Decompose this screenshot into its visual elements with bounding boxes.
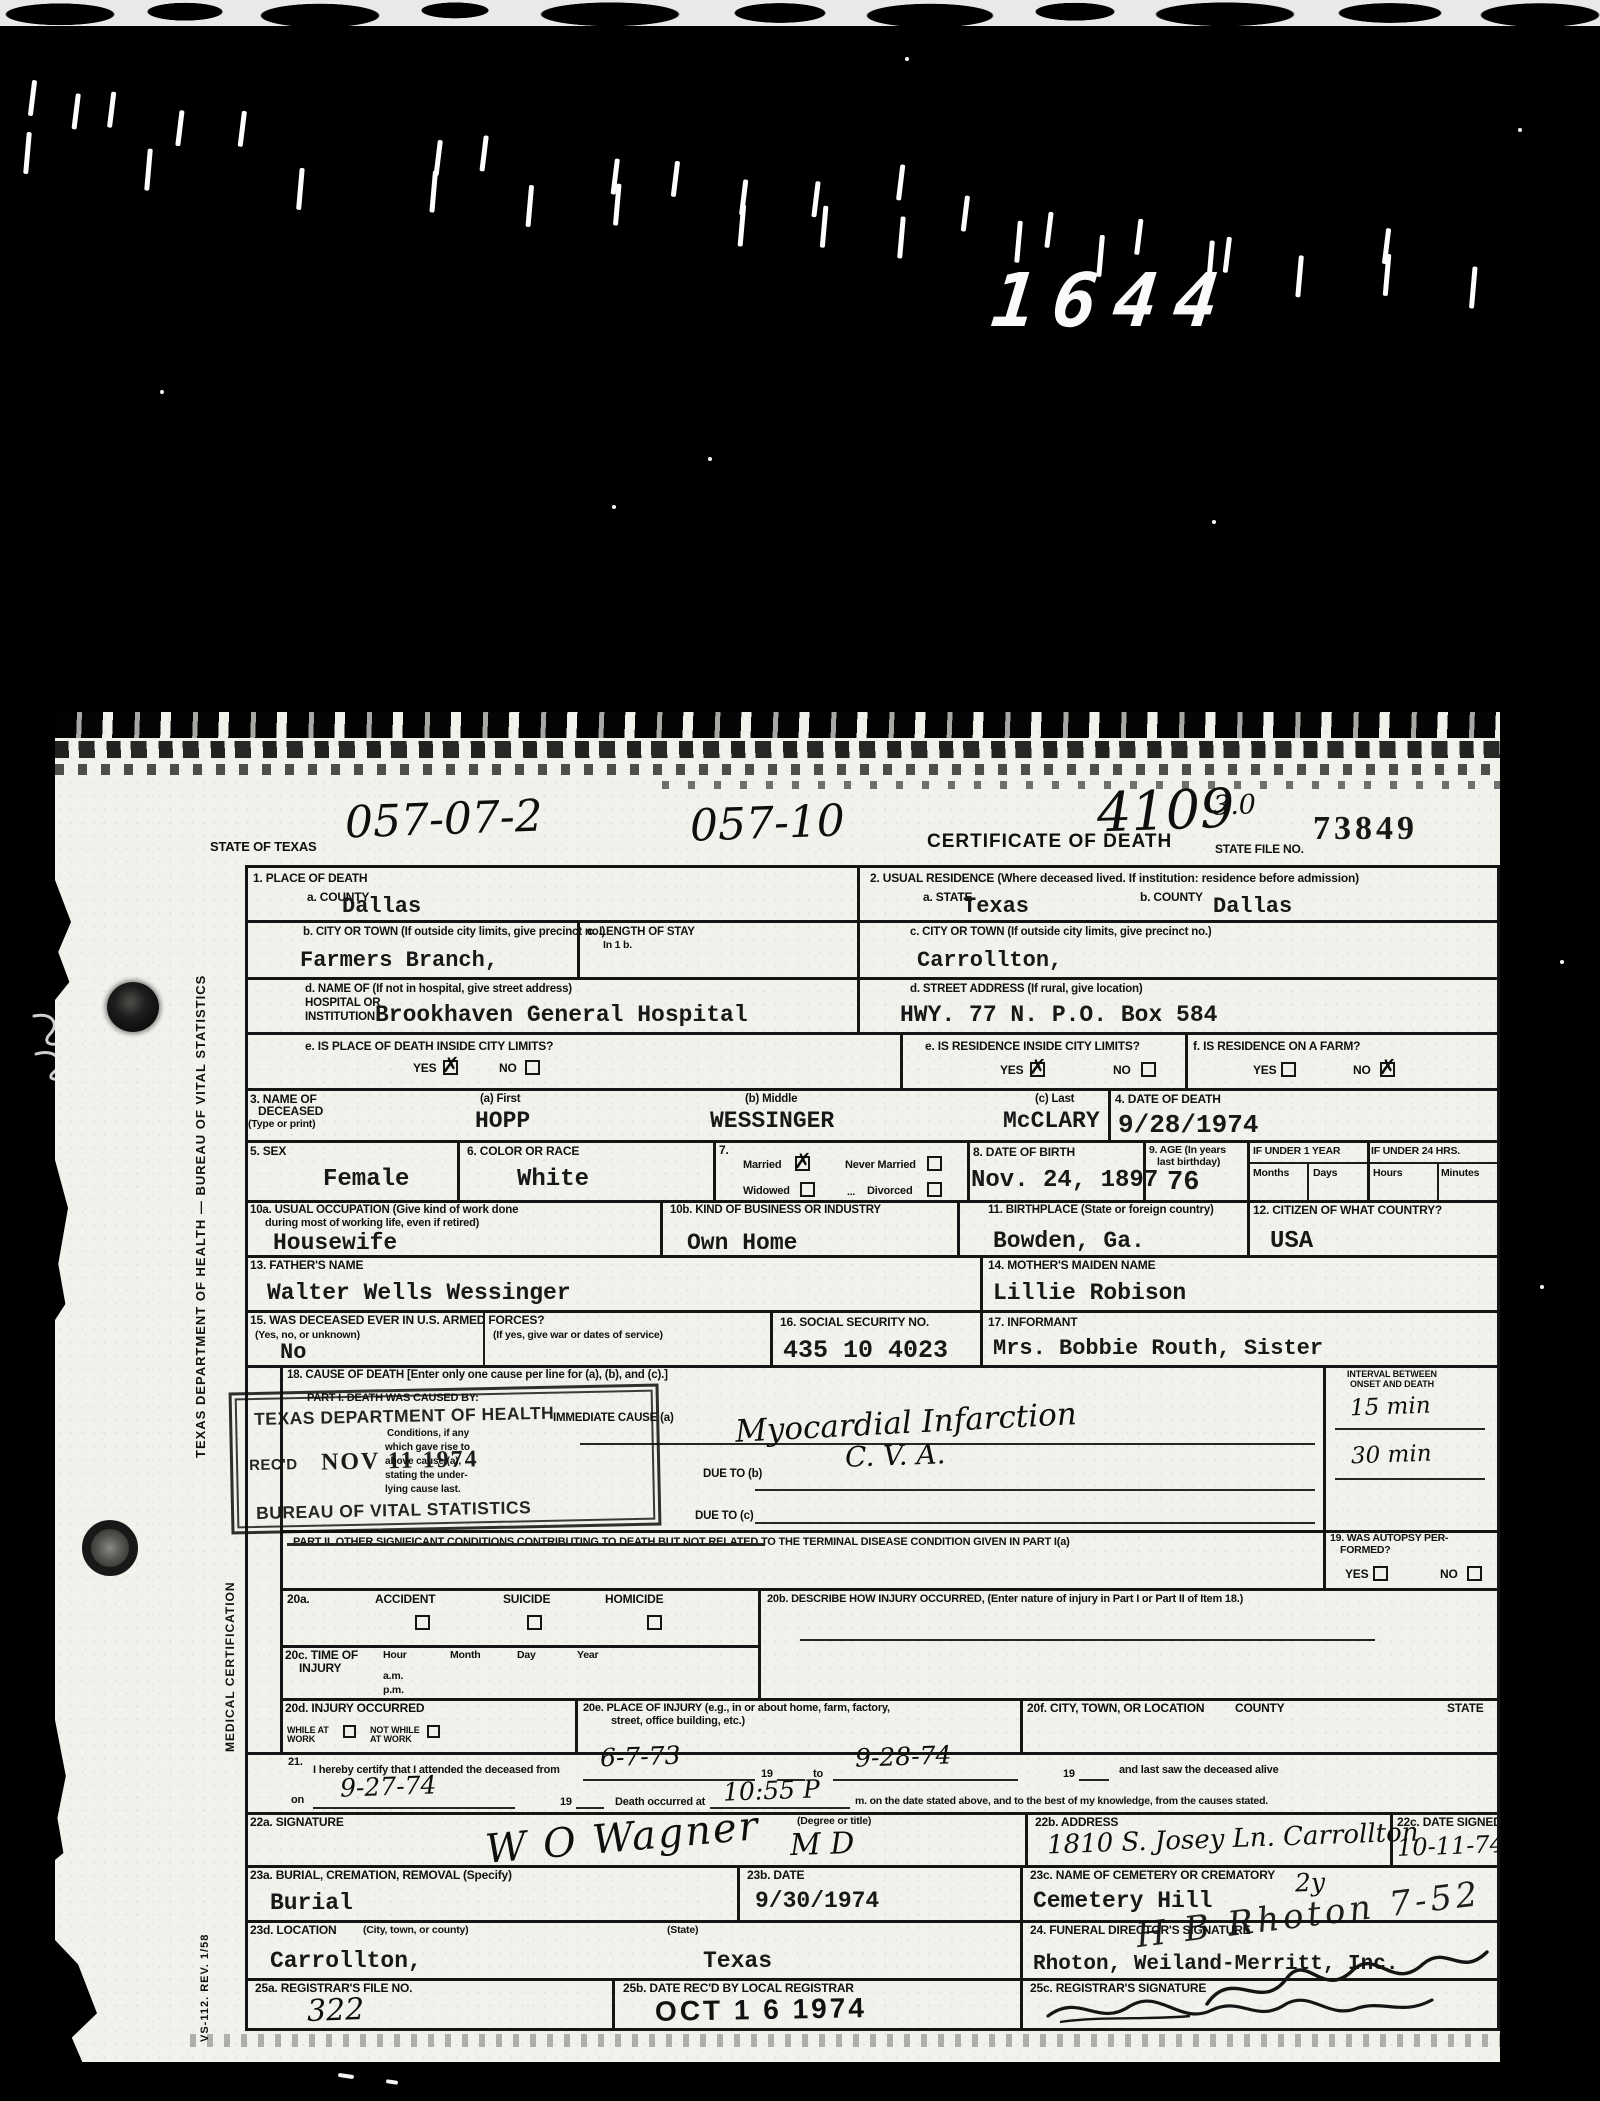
res-state-value: Texas — [963, 896, 1029, 918]
rule — [1247, 1140, 1250, 1200]
microfilm-scan: 1644 TEXAS DEPARTMENT OF HEALTH — BUREAU… — [0, 0, 1600, 2101]
burial-type-label: 23a. BURIAL, CREMATION, REMOVAL (Specify… — [250, 1869, 512, 1883]
under24-label: IF UNDER 24 HRS. — [1371, 1146, 1460, 1158]
dob-label: 8. DATE OF BIRTH — [973, 1146, 1075, 1160]
not-while-label2: AT WORK — [370, 1735, 412, 1745]
pod-stay-label: c. LENGTH OF STAY — [587, 926, 695, 939]
last-alive-handwriting: 9-27-74 — [340, 1772, 437, 1800]
accident-checkbox — [415, 1615, 430, 1630]
name-first-label: (a) First — [480, 1093, 520, 1106]
write-line — [1335, 1478, 1485, 1480]
birthplace-label: 11. BIRTHPLACE (State or foreign country… — [988, 1204, 1214, 1217]
rule — [1020, 1865, 1023, 1920]
rule — [957, 1200, 960, 1255]
x-mark: ✗ — [1029, 1055, 1047, 1079]
rule — [280, 1588, 1500, 1591]
informant-value: Mrs. Bobbie Routh, Sister — [993, 1338, 1323, 1360]
pod-stay-sub: In 1 b. — [603, 940, 632, 952]
pod-limits-yes-label: YES — [413, 1062, 436, 1076]
res-farm-label: f. IS RESIDENCE ON A FARM? — [1193, 1040, 1360, 1054]
dod-value: 9/28/1974 — [1118, 1112, 1258, 1138]
write-line — [755, 1489, 1315, 1491]
citizen-label: 12. CITIZEN OF WHAT COUNTRY? — [1253, 1204, 1442, 1218]
cert-num: 21. — [288, 1756, 303, 1768]
widowed-label: Widowed — [743, 1185, 790, 1197]
write-line — [576, 1807, 604, 1809]
while-at-work-checkbox — [343, 1725, 356, 1738]
ssn-value: 435 10 4023 — [783, 1338, 948, 1363]
month-label: Month — [450, 1650, 481, 1662]
cert-line2c: m. on the date stated above, and to the … — [855, 1796, 1268, 1808]
autopsy-no-checkbox — [1467, 1566, 1482, 1581]
widowed-checkbox — [800, 1182, 815, 1197]
pod-county-value: Dallas — [342, 896, 421, 918]
name-last-value: McCLARY — [1003, 1110, 1100, 1133]
attended-to-handwriting: 9-28-74 — [855, 1742, 952, 1770]
film-speck — [386, 2079, 398, 2085]
write-line — [580, 1443, 1315, 1445]
x-mark: ✗ — [794, 1149, 812, 1173]
res-limits-no-label: NO — [1113, 1064, 1131, 1078]
autopsy-label1: 19. WAS AUTOPSY PER- — [1330, 1533, 1448, 1545]
divorced-checkbox — [927, 1182, 942, 1197]
res-street-value: HWY. 77 N. P.O. Box 584 — [900, 1004, 1217, 1027]
armed-forces-label: 15. WAS DECEASED EVER IN U.S. ARMED FORC… — [250, 1314, 544, 1328]
rule — [457, 1140, 460, 1200]
film-speck — [160, 390, 164, 394]
armed-forces-sub1: (Yes, no, or unknown) — [255, 1330, 360, 1342]
dod-label: 4. DATE OF DEATH — [1115, 1093, 1221, 1107]
married-checkbox: ✗ — [795, 1156, 810, 1171]
rule — [770, 1310, 773, 1365]
am-label: a.m. — [383, 1671, 403, 1683]
day-label: Day — [517, 1650, 536, 1662]
time-of-injury-label2: INJURY — [299, 1662, 341, 1676]
film-speck — [1518, 128, 1522, 132]
months-label: Months — [1253, 1168, 1289, 1180]
res-title: 2. USUAL RESIDENCE (Where deceased lived… — [870, 872, 1359, 886]
state-of-texas-label: STATE OF TEXAS — [210, 840, 317, 855]
date-signed-label: 22c. DATE SIGNED — [1397, 1816, 1502, 1830]
handwritten-code-left: 057-07-2 — [344, 795, 543, 846]
year-label: Year — [577, 1650, 598, 1662]
occupation-label1: 10a. USUAL OCCUPATION (Give kind of work… — [250, 1204, 518, 1217]
injury-county-label: COUNTY — [1235, 1702, 1284, 1716]
hour-label: Hour — [383, 1650, 407, 1662]
side-department-label: TEXAS DEPARTMENT OF HEALTH — BUREAU OF V… — [193, 868, 208, 1458]
citizen-value: USA — [1270, 1230, 1313, 1254]
father-value: Walter Wells Wessinger — [267, 1282, 571, 1305]
marital-dots: ... — [847, 1187, 855, 1199]
handwritten-file-code-sup: 3.0 — [1213, 791, 1257, 819]
pod-limits-label: e. IS PLACE OF DEATH INSIDE CITY LIMITS? — [305, 1040, 553, 1054]
rule — [245, 1032, 1500, 1035]
rule — [1025, 1812, 1028, 1865]
autopsy-no-label: NO — [1440, 1568, 1458, 1582]
registrar-date-stamp: OCT 1 6 1974 — [655, 1992, 867, 2028]
res-limits-yes-checkbox: ✗ — [1030, 1062, 1045, 1077]
race-label: 6. COLOR OR RACE — [467, 1145, 579, 1159]
rule — [980, 1255, 983, 1310]
date-signed-handwriting: 10-11-74 — [1397, 1832, 1506, 1860]
place-of-injury-label2: street, office building, etc.) — [611, 1715, 745, 1727]
burial-date-value: 9/30/1974 — [755, 1890, 879, 1913]
scan-noise-band — [190, 2034, 1500, 2047]
film-speck — [1212, 520, 1216, 524]
occupation-value: Housewife — [273, 1232, 397, 1255]
burial-location-label: 23d. LOCATION — [250, 1924, 337, 1938]
res-street-label: d. STREET ADDRESS (If rural, give locati… — [910, 983, 1143, 996]
res-county-value: Dallas — [1213, 896, 1292, 918]
edge-wedge — [55, 1940, 97, 2062]
rule — [245, 1365, 1500, 1368]
film-frame-number: 1644 — [987, 258, 1238, 344]
autopsy-label2: FORMED? — [1340, 1545, 1391, 1557]
place-of-injury-label1: 20e. PLACE OF INJURY (e.g., in or about … — [583, 1702, 890, 1714]
mother-value: Lillie Robison — [993, 1282, 1186, 1305]
pod-title: 1. PLACE OF DEATH — [253, 872, 367, 886]
handwritten-code-right: 057-10 — [689, 799, 845, 848]
rule — [900, 1032, 903, 1088]
rule — [660, 1200, 663, 1255]
burial-state-value: Texas — [703, 1950, 772, 1973]
x-mark: ✗ — [442, 1053, 460, 1077]
age-label2: last birthday) — [1157, 1157, 1220, 1169]
pod-city-value: Farmers Branch, — [300, 950, 498, 972]
accident-label: ACCIDENT — [375, 1593, 435, 1607]
side-form-number: VS-112. REV. 1/58 — [199, 1852, 211, 2042]
pod-limits-yes-checkbox: ✗ — [443, 1060, 458, 1075]
registrar-file-handwriting: 322 — [306, 1995, 364, 2027]
pod-hospital-label2: HOSPITAL OR — [305, 997, 380, 1010]
armed-forces-sub2: (If yes, give war or dates of service) — [493, 1330, 663, 1342]
rule — [245, 1088, 1500, 1091]
write-line — [800, 1639, 1375, 1641]
edge-wedge — [55, 1720, 67, 1860]
rule — [245, 1255, 1500, 1258]
autopsy-yes-checkbox — [1373, 1566, 1388, 1581]
stamp-date: NOV 11 1974 — [321, 1446, 479, 1476]
rule — [857, 865, 860, 1032]
film-scratch-row — [28, 80, 37, 116]
pod-limits-no-label: NO — [499, 1062, 517, 1076]
cert-19-label: 19 — [560, 1796, 572, 1808]
scan-tear-band — [662, 781, 1500, 789]
rule — [575, 1698, 578, 1752]
burial-location-sub2: (State) — [667, 1925, 698, 1937]
suicide-label: SUICIDE — [503, 1593, 550, 1607]
rule — [245, 977, 1500, 980]
death-time-handwriting: 10:55 P — [723, 1776, 821, 1804]
cause-b-handwriting: C. V. A. — [845, 1440, 946, 1471]
film-scratch-row — [23, 132, 32, 174]
burial-location-sub1: (City, town, or county) — [363, 1925, 468, 1937]
ssn-label: 16. SOCIAL SECURITY NO. — [780, 1316, 929, 1330]
degree-handwriting: M D — [789, 1829, 854, 1861]
punch-hole — [82, 1520, 138, 1576]
pod-hospital-label3: INSTITUTION — [305, 1011, 375, 1024]
cert-line2a: on — [291, 1794, 304, 1806]
res-farm-yes-label: YES — [1253, 1064, 1276, 1078]
age-value: 76 — [1167, 1170, 1199, 1197]
describe-injury-label: 20b. DESCRIBE HOW INJURY OCCURRED, (Ente… — [767, 1593, 1243, 1605]
rule — [1020, 1698, 1023, 1752]
film-speck — [708, 457, 712, 461]
father-label: 13. FATHER'S NAME — [250, 1259, 363, 1273]
received-stamp: TEXAS DEPARTMENT OF HEALTH REC'D NOV 11 … — [229, 1384, 662, 1535]
injury-city-label: 20f. CITY, TOWN, OR LOCATION — [1027, 1702, 1204, 1716]
res-city-label: c. CITY OR TOWN (If outside city limits,… — [910, 926, 1212, 939]
injury-num: 20a. — [287, 1593, 310, 1607]
mother-label: 14. MOTHER'S MAIDEN NAME — [988, 1259, 1155, 1273]
homicide-label: HOMICIDE — [605, 1593, 663, 1607]
interval-a-handwriting: 15 min — [1350, 1395, 1431, 1421]
cemetery-label: 23c. NAME OF CEMETERY OR CREMATORY — [1030, 1869, 1275, 1883]
dob-value: Nov. 24, 1897 — [971, 1169, 1158, 1193]
marital-label: 7. — [719, 1144, 729, 1158]
rule — [758, 1588, 761, 1698]
film-speck — [338, 2073, 354, 2079]
rule — [245, 920, 1500, 923]
cert-line2b: Death occurred at — [615, 1796, 705, 1808]
punch-hole — [107, 982, 159, 1032]
rule — [1108, 1088, 1111, 1140]
film-speck — [612, 505, 616, 509]
race-value: White — [517, 1168, 589, 1192]
write-line — [755, 1522, 1315, 1524]
homicide-checkbox — [647, 1615, 662, 1630]
signature-label: 22a. SIGNATURE — [250, 1816, 344, 1830]
edge-wedge — [55, 1160, 68, 1320]
interval-label2: ONSET AND DEATH — [1350, 1380, 1434, 1390]
birthplace-value: Bowden, Ga. — [993, 1230, 1145, 1253]
minutes-label: Minutes — [1441, 1168, 1479, 1180]
res-farm-no-label: NO — [1353, 1064, 1371, 1078]
film-speck — [1540, 1285, 1544, 1289]
married-label: Married — [743, 1159, 781, 1171]
state-file-number: 73849 — [1313, 812, 1418, 846]
under1-label: IF UNDER 1 YEAR — [1253, 1146, 1340, 1158]
cert-line1b: and last saw the deceased alive — [1119, 1764, 1279, 1776]
burial-city-value: Carrollton, — [270, 1950, 422, 1973]
hours-label: Hours — [1373, 1168, 1402, 1180]
res-county-label: b. COUNTY — [1140, 891, 1203, 905]
pm-label: p.m. — [383, 1685, 404, 1697]
injury-occurred-label: 20d. INJURY OCCURRED — [285, 1702, 424, 1716]
rule — [1367, 1140, 1370, 1200]
rule — [1020, 1920, 1023, 1978]
injury-state-label: STATE — [1447, 1702, 1484, 1716]
write-line — [1335, 1428, 1485, 1430]
armed-forces-value: No — [280, 1342, 306, 1364]
due-to-b-label: DUE TO (b) — [703, 1468, 762, 1481]
rule — [1307, 1162, 1309, 1200]
res-limits-label: e. IS RESIDENCE INSIDE CITY LIMITS? — [925, 1040, 1140, 1054]
sex-value: Female — [323, 1168, 409, 1192]
rule — [980, 1310, 983, 1365]
write-line — [1079, 1779, 1109, 1781]
rule — [280, 1698, 1500, 1701]
rule — [967, 1140, 970, 1200]
res-city-value: Carrollton, — [917, 950, 1062, 972]
rule — [245, 1140, 1500, 1143]
never-married-checkbox — [927, 1156, 942, 1171]
burial-date-label: 23b. DATE — [747, 1869, 804, 1883]
days-label: Days — [1313, 1168, 1337, 1180]
rule — [713, 1140, 716, 1200]
name-label2: DECEASED — [258, 1105, 323, 1119]
certificate-page: TEXAS DEPARTMENT OF HEALTH — BUREAU OF V… — [55, 712, 1500, 2062]
funeral-director-scrawl — [1195, 1926, 1495, 2028]
film-speck — [1560, 960, 1564, 964]
scan-tear-band — [55, 741, 1500, 758]
suicide-checkbox — [527, 1615, 542, 1630]
not-while-checkbox — [427, 1725, 440, 1738]
rule — [280, 1530, 1500, 1533]
autopsy-yes-label: YES — [1345, 1568, 1368, 1582]
rule — [612, 1978, 615, 2031]
occupation-label2: during most of working life, even if ret… — [265, 1217, 479, 1229]
rule — [1437, 1162, 1439, 1200]
rule — [245, 1812, 1500, 1815]
sex-label: 5. SEX — [250, 1145, 286, 1159]
scan-tear-band — [55, 764, 1500, 775]
name-middle-value: WESSINGER — [710, 1110, 834, 1133]
pod-city-label: b. CITY OR TOWN (If outside city limits,… — [303, 926, 605, 939]
age-label1: 9. AGE (In years — [1149, 1145, 1226, 1157]
name-label3: (Type or print) — [248, 1119, 315, 1131]
attended-from-handwriting: 6-7-73 — [600, 1743, 681, 1771]
interval-b-handwriting: 30 min — [1351, 1443, 1432, 1469]
res-limits-yes-label: YES — [1000, 1064, 1023, 1078]
rule — [1185, 1032, 1188, 1088]
rule — [1247, 1162, 1497, 1164]
res-farm-yes-checkbox — [1281, 1062, 1296, 1077]
stamp-recd-label: REC'D — [249, 1456, 298, 1474]
cemetery-note-handwriting: 2y — [1295, 1869, 1326, 1895]
name-middle-label: (b) Middle — [745, 1093, 797, 1106]
scan-tear-band — [55, 712, 1500, 738]
cert-19-label: 19 — [1063, 1768, 1075, 1780]
rule — [1020, 1978, 1023, 2031]
rule — [1247, 1200, 1250, 1255]
x-mark: ✗ — [1379, 1055, 1397, 1079]
edge-wedge — [55, 880, 71, 1000]
divorced-label: Divorced — [867, 1185, 912, 1197]
rule — [737, 1865, 740, 1920]
pod-limits-no-checkbox — [525, 1060, 540, 1075]
res-farm-no-checkbox: ✗ — [1380, 1062, 1395, 1077]
rule — [1323, 1365, 1326, 1588]
informant-label: 17. INFORMANT — [988, 1316, 1077, 1330]
business-label: 10b. KIND OF BUSINESS OR INDUSTRY — [670, 1204, 881, 1217]
while-at-work-label2: WORK — [287, 1735, 315, 1745]
strike-line — [287, 1543, 765, 1546]
pod-hospital-value: Brookhaven General Hospital — [375, 1004, 748, 1027]
state-file-no-label: STATE FILE NO. — [1215, 843, 1304, 857]
film-speck — [905, 57, 909, 61]
business-value: Own Home — [687, 1232, 797, 1255]
write-line — [313, 1807, 515, 1809]
film-edge-strip — [0, 0, 1600, 26]
burial-type-value: Burial — [270, 1892, 353, 1915]
res-limits-no-checkbox — [1141, 1062, 1156, 1077]
name-first-value: HOPP — [475, 1110, 530, 1133]
cause-title: 18. CAUSE OF DEATH [Enter only one cause… — [287, 1369, 668, 1382]
never-married-label: Never Married — [845, 1159, 916, 1171]
write-line — [833, 1779, 1018, 1781]
due-to-c-label: DUE TO (c) — [695, 1510, 754, 1523]
name-last-label: (c) Last — [1035, 1093, 1074, 1106]
pod-hospital-label1: d. NAME OF (If not in hospital, give str… — [305, 983, 572, 996]
